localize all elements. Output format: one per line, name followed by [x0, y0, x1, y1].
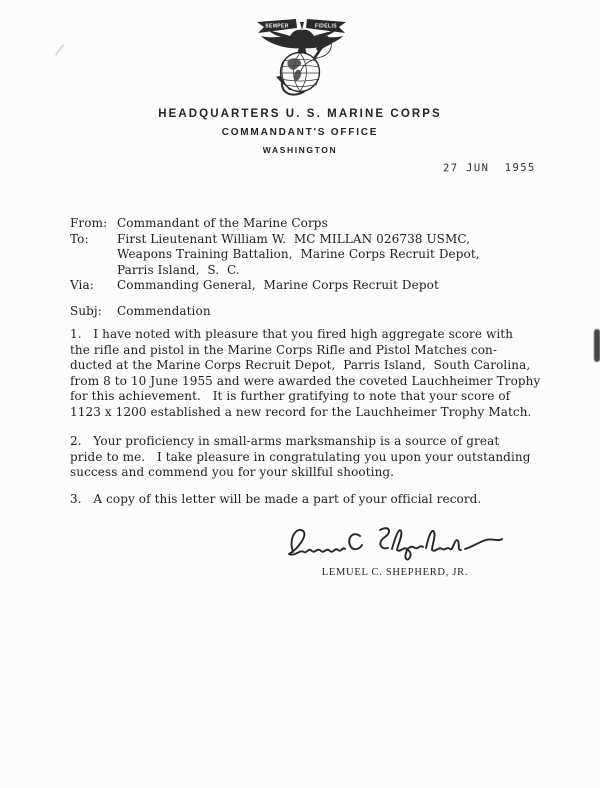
paragraph-2: 2. Your proficiency in small-arms marksm…: [70, 434, 575, 481]
office-subtitle: COMMANDANT'S OFFICE: [0, 127, 600, 138]
scan-artifact-corner-mark: [55, 44, 65, 55]
letter-page: SEMPER FIDELIS HEADQUARTERS U.: [0, 0, 600, 788]
paragraph-3: 3. A copy of this letter will be made a …: [70, 492, 575, 508]
subject-label: Subj:: [70, 304, 117, 320]
from-label: From:: [70, 216, 117, 232]
date-stamp: 27 JUN 1955: [443, 162, 536, 175]
signature-script: [283, 522, 509, 566]
via-value: Commanding General, Marine Corps Recruit…: [117, 278, 439, 294]
paragraph-1: 1. I have noted with pleasure that you f…: [70, 327, 575, 420]
to-value: First Lieutenant William W. MC MILLAN 02…: [117, 232, 480, 279]
from-value: Commandant of the Marine Corps: [117, 216, 328, 232]
ribbon-text-semper: SEMPER: [265, 24, 289, 30]
via-row: Via: Commanding General, Marine Corps Re…: [70, 278, 480, 294]
to-label: To:: [70, 232, 117, 279]
letter-body: 1. I have noted with pleasure that you f…: [70, 327, 575, 507]
ribbon-text-fidelis: FIDELIS: [315, 24, 337, 30]
subject-row: Subj: Commendation: [70, 304, 480, 320]
to-row: To: First Lieutenant William W. MC MILLA…: [70, 232, 480, 279]
scan-artifact-edge-streak: [594, 329, 600, 362]
subject-value: Commendation: [117, 304, 211, 320]
address-block: From: Commandant of the Marine Corps To:…: [70, 216, 480, 319]
via-label: Via:: [70, 278, 117, 294]
city-line: WASHINGTON: [0, 145, 600, 155]
headquarters-title: HEADQUARTERS U. S. MARINE CORPS: [0, 108, 600, 120]
typed-signature-name: LEMUEL C. SHEPHERD, JR.: [288, 567, 502, 578]
from-row: From: Commandant of the Marine Corps: [70, 216, 480, 232]
usmc-emblem-icon: SEMPER FIDELIS: [256, 14, 348, 108]
